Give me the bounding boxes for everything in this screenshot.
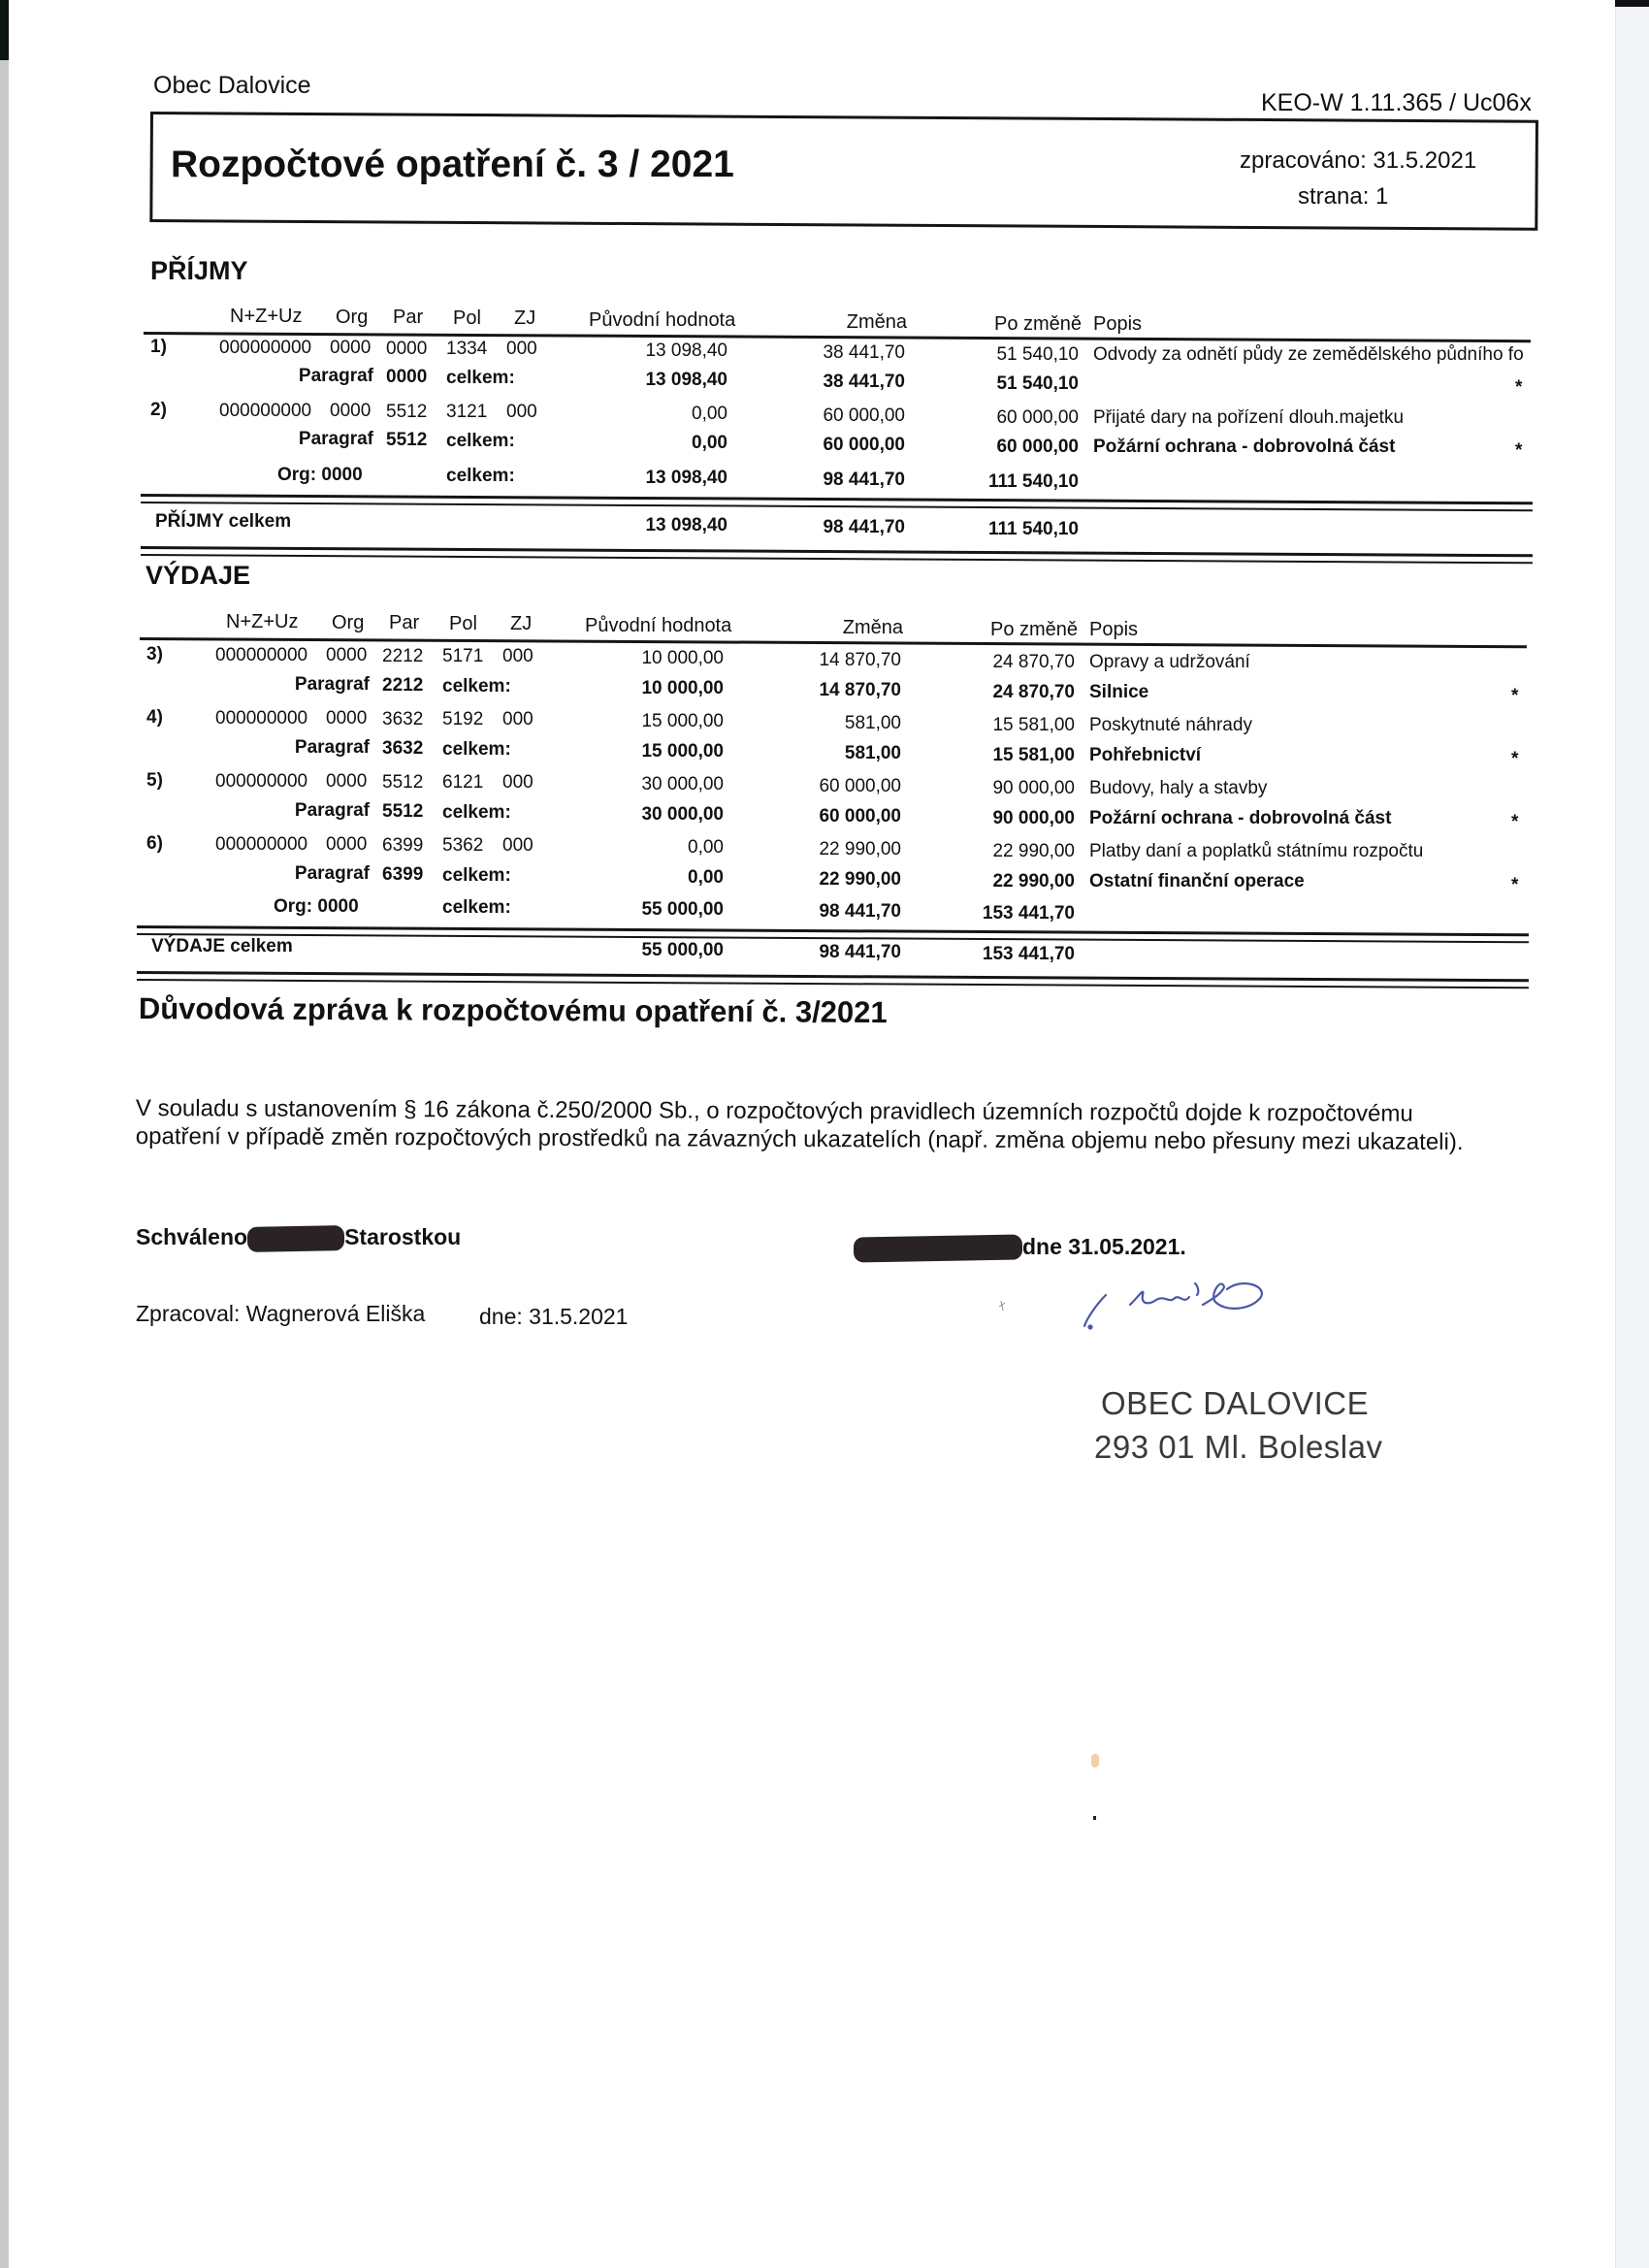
subtotal-par: 3632 (382, 738, 423, 760)
subtotal-par: 5512 (382, 801, 423, 823)
subtotal-desc: Ostatní finanční operace (1089, 871, 1305, 892)
cell-nzuz: 000000000 (215, 834, 307, 856)
subtotal-celkem: celkem: (446, 431, 515, 452)
org-total-label: Org: 0000 (274, 896, 359, 918)
col-header-nzuz: N+Z+Uz (230, 306, 302, 328)
scan-speck (1091, 1754, 1099, 1767)
cell-pol: 1334 (446, 339, 487, 360)
cell-desc: Budovy, haly a stavby (1089, 778, 1267, 799)
scan-speck (1093, 1816, 1096, 1820)
org-total-celkem: celkem: (442, 897, 511, 919)
cell-after: 90 000,00 (881, 778, 1075, 799)
subtotal-label: Paragraf (176, 863, 370, 885)
cell-org: 0000 (326, 834, 367, 856)
meeting-date: dne 31.05.2021. (1022, 1234, 1186, 1259)
org-total-after: 111 540,10 (885, 471, 1079, 493)
cell-desc: Platby daní a poplatků státnímu rozpočtu (1089, 841, 1423, 862)
scan-edge-left (0, 0, 9, 2268)
document-title: Rozpočtové opatření č. 3 / 2021 (171, 144, 734, 186)
cell-org: 0000 (330, 401, 371, 422)
org-total-label: Org: 0000 (277, 465, 363, 486)
cell-orig: 13 098,40 (533, 340, 727, 362)
row-number: 3) (146, 644, 163, 665)
cell-nzuz: 000000000 (215, 771, 307, 793)
subtotal-change: 14 870,70 (707, 680, 901, 701)
col-header-par: Par (389, 612, 419, 634)
cell-change: 22 990,00 (707, 839, 901, 860)
row-number: 5) (146, 770, 163, 792)
cell-nzuz: 000000000 (215, 645, 307, 666)
cell-pol: 5192 (442, 709, 483, 730)
processed-date: zpracováno: 31.5.2021 (1240, 147, 1476, 175)
cell-par: 2212 (382, 646, 423, 667)
subtotal-after: 51 540,10 (885, 373, 1079, 395)
col-header-desc: Popis (1093, 313, 1142, 336)
subtotal-change: 38 441,70 (711, 372, 905, 393)
approval-line: SchválenousnesenímStarostkou (136, 1224, 461, 1251)
subtotal-after: 22 990,00 (881, 871, 1075, 892)
org-total-after: 153 441,70 (881, 903, 1075, 924)
grand-total-change: 98 441,70 (707, 942, 901, 963)
grand-total-label: PŘÍJMY celkem (155, 511, 291, 533)
cell-desc: Opravy a udržování (1089, 652, 1250, 673)
subtotal-after: 15 581,00 (881, 745, 1075, 766)
col-header-org: Org (332, 612, 364, 634)
subtotal-orig: 10 000,00 (530, 678, 724, 699)
redaction-mark: usnesením (247, 1225, 344, 1252)
cell-after: 22 990,00 (881, 841, 1075, 862)
cell-change: 14 870,70 (707, 650, 901, 671)
subtotal-label: Paragraf (179, 429, 373, 450)
grand-total-after: 153 441,70 (881, 944, 1075, 965)
col-header-change: Změna (709, 617, 903, 639)
subtotal-par: 0000 (386, 367, 427, 388)
report-paragraph: V souladu s ustanovením § 16 zákona č.25… (136, 1094, 1494, 1156)
subtotal-desc: Požární ochrana - dobrovolná část (1093, 437, 1395, 458)
col-header-zj: ZJ (514, 308, 535, 330)
cell-org: 0000 (326, 708, 367, 729)
col-header-pol: Pol (449, 613, 477, 635)
subtotal-label: Paragraf (176, 737, 370, 759)
approval-prefix: Schváleno (136, 1224, 247, 1249)
grand-total-label: VÝDAJE celkem (151, 936, 293, 957)
subtotal-celkem: celkem: (442, 676, 511, 697)
grand-total-after: 111 540,10 (885, 519, 1079, 540)
subtotal-orig: 0,00 (530, 867, 724, 889)
col-header-pol: Pol (453, 308, 481, 330)
approval-suffix: Starostkou (344, 1224, 461, 1249)
cell-org: 0000 (326, 645, 367, 666)
org-total-celkem: celkem: (446, 466, 515, 487)
col-header-par: Par (393, 307, 423, 329)
col-header-desc: Popis (1089, 619, 1138, 641)
subtotal-label: Paragraf (179, 366, 373, 387)
subtotal-mark: * (1511, 812, 1518, 833)
meeting-line: na zasedánídne 31.05.2021. (854, 1234, 1186, 1261)
stamp-line-1: OBEC DALOVICE (1101, 1385, 1369, 1422)
subtotal-after: 90 000,00 (881, 808, 1075, 829)
signature (980, 1266, 1309, 1334)
subtotal-mark: * (1511, 749, 1518, 770)
grand-total-orig: 55 000,00 (530, 940, 724, 961)
row-number: 6) (146, 833, 163, 855)
grand-total-orig: 13 098,40 (533, 515, 727, 536)
cell-change: 60 000,00 (711, 405, 905, 427)
scan-edge-mark (0, 0, 9, 60)
cell-pol: 3121 (446, 402, 487, 423)
page-number: strana: 1 (1298, 183, 1388, 211)
expense-section-title: VÝDAJE (145, 561, 250, 591)
cell-zj: 000 (506, 339, 537, 360)
cell-par: 5512 (386, 402, 427, 423)
col-header-org: Org (336, 307, 368, 329)
subtotal-label: Paragraf (176, 800, 370, 822)
org-total-change: 98 441,70 (707, 901, 901, 923)
cell-orig: 10 000,00 (530, 648, 724, 669)
cell-orig: 0,00 (533, 404, 727, 425)
cell-pol: 5362 (442, 835, 483, 857)
cell-orig: 30 000,00 (530, 774, 724, 795)
cell-pol: 6121 (442, 772, 483, 794)
subtotal-desc: Silnice (1089, 682, 1148, 703)
cell-after: 24 870,70 (881, 652, 1075, 673)
cell-nzuz: 000000000 (215, 708, 307, 729)
cell-desc: Odvody za odnětí půdy ze zemědělského pů… (1093, 344, 1524, 366)
col-header-zj: ZJ (510, 613, 532, 635)
cell-nzuz: 000000000 (219, 401, 311, 422)
subtotal-mark: * (1511, 875, 1518, 896)
subtotal-mark: * (1515, 440, 1522, 462)
subtotal-celkem: celkem: (442, 739, 511, 761)
cell-zj: 000 (502, 835, 533, 857)
cell-orig: 0,00 (530, 837, 724, 859)
cell-org: 0000 (326, 771, 367, 793)
subtotal-desc: Požární ochrana - dobrovolná část (1089, 808, 1391, 829)
cell-par: 5512 (382, 772, 423, 794)
subtotal-celkem: celkem: (446, 368, 515, 389)
grand-total-change: 98 441,70 (711, 517, 905, 538)
scan-edge-right (1615, 0, 1649, 2268)
subtotal-mark: * (1511, 686, 1518, 707)
col-header-after: Po změně (990, 619, 1078, 641)
subtotal-par: 2212 (382, 675, 423, 697)
income-section-title: PŘÍJMY (150, 256, 248, 286)
subtotal-label: Paragraf (176, 674, 370, 696)
prepared-by: Zpracoval: Wagnerová Eliška (136, 1301, 425, 1327)
org-name: Obec Dalovice (153, 72, 311, 100)
org-total-change: 98 441,70 (711, 470, 905, 491)
subtotal-mark: * (1515, 377, 1522, 399)
cell-zj: 000 (502, 709, 533, 730)
row-number: 2) (150, 400, 167, 421)
cell-zj: 000 (502, 646, 533, 667)
redaction-mark: na zasedání (854, 1234, 1022, 1262)
cell-org: 0000 (330, 338, 371, 359)
subtotal-change: 60 000,00 (711, 435, 905, 456)
subtotal-change: 22 990,00 (707, 869, 901, 891)
row-number: 4) (146, 707, 163, 729)
subtotal-change: 581,00 (707, 743, 901, 764)
cell-after: 60 000,00 (885, 407, 1079, 429)
cell-nzuz: 000000000 (219, 338, 311, 359)
cell-par: 6399 (382, 835, 423, 857)
cell-change: 581,00 (707, 713, 901, 734)
cell-par: 0000 (386, 339, 427, 360)
col-header-after: Po změně (994, 313, 1082, 336)
subtotal-orig: 13 098,40 (533, 370, 727, 391)
subtotal-after: 60 000,00 (885, 437, 1079, 458)
subtotal-orig: 30 000,00 (530, 804, 724, 826)
subtotal-celkem: celkem: (442, 802, 511, 824)
org-total-orig: 55 000,00 (530, 899, 724, 921)
subtotal-orig: 0,00 (533, 433, 727, 454)
cell-zj: 000 (506, 402, 537, 423)
cell-change: 38 441,70 (711, 342, 905, 364)
prepared-date: dne: 31.5.2021 (479, 1304, 628, 1330)
subtotal-desc: Pohřebnictví (1089, 745, 1201, 766)
subtotal-change: 60 000,00 (707, 806, 901, 827)
cell-desc: Přijaté dary na pořízení dlouh.majetku (1093, 407, 1404, 429)
cell-pol: 5171 (442, 646, 483, 667)
subtotal-celkem: celkem: (442, 865, 511, 887)
cell-par: 3632 (382, 709, 423, 730)
col-header-nzuz: N+Z+Uz (226, 611, 298, 633)
cell-change: 60 000,00 (707, 776, 901, 797)
col-header-change: Změna (713, 311, 907, 334)
stamp-line-2: 293 01 Ml. Boleslav (1094, 1429, 1383, 1466)
row-number: 1) (150, 337, 167, 358)
scan-edge-mark-right (1615, 0, 1649, 7)
software-version: KEO-W 1.11.365 / Uc06x (1261, 89, 1532, 117)
org-total-orig: 13 098,40 (533, 468, 727, 489)
cell-orig: 15 000,00 (530, 711, 724, 732)
cell-zj: 000 (502, 772, 533, 794)
cell-desc: Poskytnuté náhrady (1089, 715, 1252, 736)
subtotal-after: 24 870,70 (881, 682, 1075, 703)
subtotal-orig: 15 000,00 (530, 741, 724, 762)
report-title: Důvodová zpráva k rozpočtovému opatření … (139, 991, 888, 1030)
subtotal-par: 5512 (386, 430, 427, 451)
cell-after: 51 540,10 (885, 344, 1079, 366)
cell-after: 15 581,00 (881, 715, 1075, 736)
subtotal-par: 6399 (382, 864, 423, 886)
